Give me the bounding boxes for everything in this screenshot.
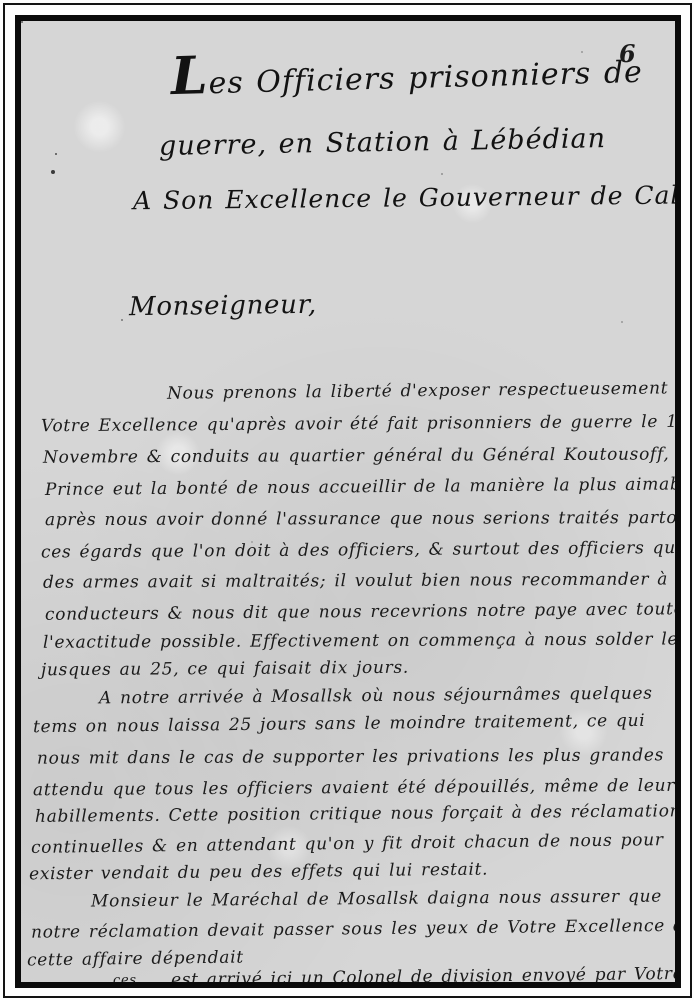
heading-line-1: Les Officiers prisonniers de <box>171 55 644 102</box>
body-line: ces égards que l'on doit à des officiers… <box>41 538 675 563</box>
body-line: nous mit dans le cas de supporter les pr… <box>37 745 664 768</box>
body-line: Novembre & conduits au quartier général … <box>43 444 675 467</box>
heading-line-2: guerre, en Station à Lébédian <box>159 123 606 162</box>
body-line: tems on nous laissa 25 jours sans le moi… <box>33 711 646 737</box>
salutation: Monseigneur, <box>129 290 317 323</box>
body-line: cette affaire dépendait <box>27 947 244 970</box>
body-line: jusques au 25, ce qui faisait dix jours. <box>41 658 409 681</box>
body-line: notre réclamation devait passer sous les… <box>31 915 675 942</box>
scanned-manuscript-screenshot: { "document": { "page_number": "6", "hea… <box>0 0 694 1000</box>
body-line: conducteurs & nous dit que nous recevrio… <box>45 599 675 625</box>
body-line: Votre Excellence qu'après avoir été fait… <box>41 412 675 437</box>
inserted-word: ces <box>113 973 137 982</box>
body-line: continuelles & en attendant qu'on y fit … <box>31 830 664 858</box>
body-line: A notre arrivée à Mosallsk où nous séjou… <box>99 684 653 709</box>
cutoff-line: est arrivé ici un Colonel de division en… <box>171 964 675 982</box>
body-line: Nous prenons la liberté d'exposer respec… <box>167 378 675 403</box>
body-line: habillements. Cette position critique no… <box>35 801 675 827</box>
document-frame-inner: 6 Les Officiers prisonniers de guerre, e… <box>15 15 681 988</box>
body-line: attendu que tous les officiers avaient é… <box>33 776 675 801</box>
manuscript-page: 6 Les Officiers prisonniers de guerre, e… <box>21 21 675 982</box>
document-frame-outer: 6 Les Officiers prisonniers de guerre, e… <box>3 3 692 998</box>
body-line: exister vendait du peu des effets qui lu… <box>29 860 488 885</box>
body-line: Prince eut la bonté de nous accueillir d… <box>45 474 675 500</box>
body-line: Monsieur le Maréchal de Mosallsk daigna … <box>91 887 662 912</box>
heading-line-3: A Son Excellence le Gouverneur de Caloug… <box>133 180 675 215</box>
body-line: des armes avait si maltraités; il voulut… <box>43 569 675 592</box>
body-line: après nous avoir donné l'assurance que n… <box>45 508 675 530</box>
body-line: l'exactitude possible. Effectivement on … <box>43 629 675 652</box>
paper-specks <box>21 21 23 23</box>
